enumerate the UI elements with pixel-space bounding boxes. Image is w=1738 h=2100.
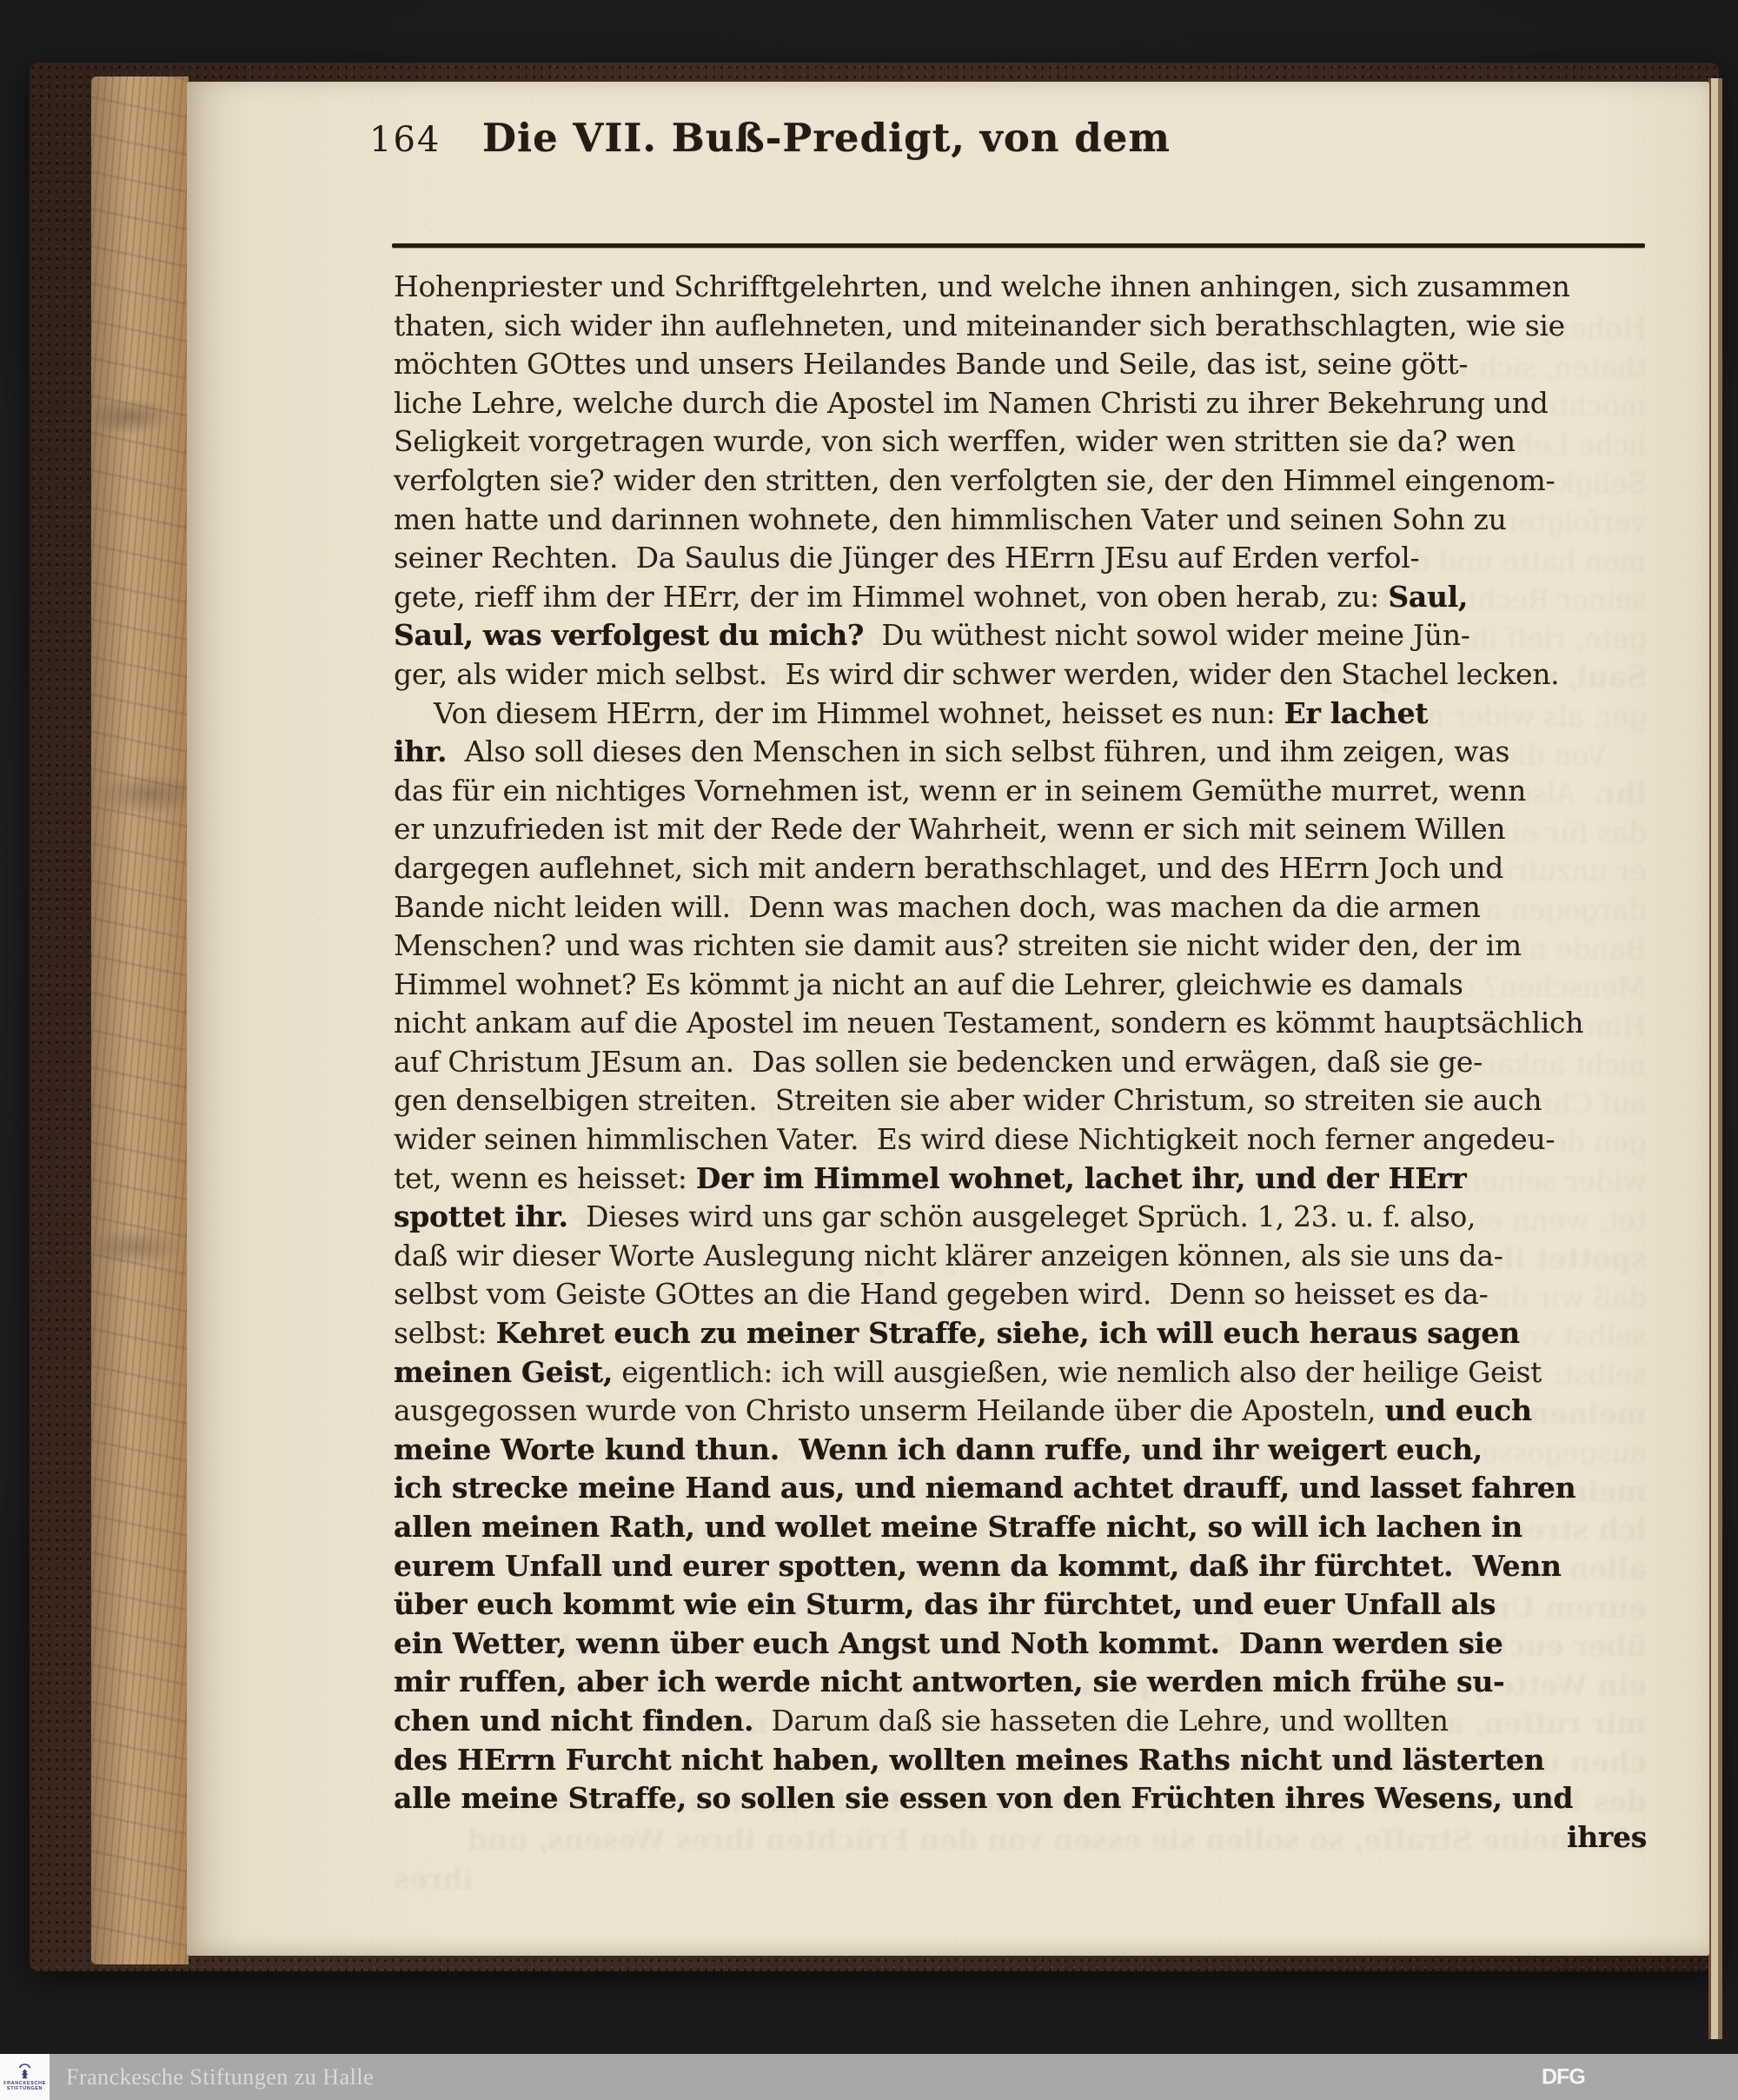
text-line: wider seinen himmlischen Vater. Es wird … — [394, 1120, 1647, 1160]
header-rule — [392, 243, 1645, 248]
text-line: selbst: Kehret euch zu meiner Straffe, s… — [394, 1314, 1647, 1353]
text-line: ger, als wider mich selbst. Es wird dir … — [394, 655, 1647, 694]
text-line: möchten GOttes und unsers Heilandes Band… — [394, 345, 1647, 384]
text-line: des HErrn Furcht nicht haben, wollten me… — [394, 1741, 1647, 1780]
page-number: 164 — [369, 120, 441, 160]
text-line: Himmel wohnet? Es kömmt ja nicht an auf … — [394, 966, 1647, 1005]
text-line: gen denselbigen streiten. Streiten sie a… — [394, 1081, 1647, 1120]
text-line: das für ein nichtiges Vornehmen ist, wen… — [394, 772, 1647, 811]
institution-logo-text: FRANCKESCHE STIFTUNGEN — [3, 2081, 46, 2091]
text-line: men hatte und darinnen wohnete, den himm… — [394, 501, 1647, 540]
text-line: Menschen? und was richten sie damit aus?… — [394, 927, 1647, 966]
text-line: spottet ihr. Dieses wird uns gar schön a… — [394, 1198, 1647, 1237]
text-line: Hohenpriester und Schrifftgelehrten, und… — [394, 268, 1647, 307]
viewer-footer-bar: FRANCKESCHE STIFTUNGEN Franckesche Stift… — [0, 2054, 1738, 2100]
text-line: auf Christum JEsum an. Das sollen sie be… — [394, 1043, 1647, 1082]
text-line: chen und nicht finden. Darum daß sie has… — [394, 1702, 1647, 1741]
text-line: selbst vom Geiste GOttes an die Hand geg… — [394, 1275, 1647, 1314]
text-line: Von diesem HErrn, der im Himmel wohnet, … — [394, 694, 1647, 734]
text-line: daß wir dieser Worte Auslegung nicht klä… — [394, 1237, 1647, 1276]
text-line: liche Lehre, welche durch die Apostel im… — [394, 384, 1647, 423]
book-page: 164 Die VII. Buß-Predigt, von dem Hohenp… — [187, 82, 1709, 1956]
text-line: Saul, was verfolgest du mich? Du wüthest… — [394, 616, 1647, 655]
text-line: ich strecke meine Hand aus, und niemand … — [394, 1469, 1647, 1508]
body-lines: Hohenpriester und Schrifftgelehrten, und… — [394, 268, 1647, 1857]
institution-logo-text-line2: STIFTUNGEN — [7, 2086, 43, 2091]
dfg-logo: DFG — [1542, 2064, 1585, 2090]
franckesche-eagle-icon — [17, 2063, 32, 2080]
text-line: meine Worte kund thun. Wenn ich dann ruf… — [394, 1431, 1647, 1470]
text-line: Seligkeit vorgetragen wurde, von sich we… — [394, 422, 1647, 462]
text-line: ihres — [394, 1860, 1647, 1899]
page-fore-edge — [91, 76, 189, 1964]
back-cover-edge — [1708, 78, 1722, 2039]
text-line: über euch kommt wie ein Sturm, das ihr f… — [394, 1585, 1647, 1625]
text-line: Bande nicht leiden will. Denn was machen… — [394, 888, 1647, 927]
text-line: thaten, sich wider ihn auflehneten, und … — [394, 307, 1647, 346]
running-title: Die VII. Buß-Predigt, von dem — [482, 115, 1171, 161]
text-line: dargegen auflehnet, sich mit andern bera… — [394, 849, 1647, 888]
text-line: verfolgten sie? wider den stritten, den … — [394, 462, 1647, 501]
text-line: ein Wetter, wenn über euch Angst und Not… — [394, 1625, 1647, 1664]
text-line: eurem Unfall und eurer spotten, wenn da … — [394, 1547, 1647, 1586]
text-line: alle meine Straffe, so sollen sie essen … — [394, 1779, 1647, 1818]
page-header: 164 Die VII. Buß-Predigt, von dem — [187, 115, 1709, 167]
text-line: ausgegossen wurde von Christo unserm Hei… — [394, 1392, 1647, 1431]
text-line: ihres — [394, 1818, 1647, 1857]
text-line: nicht ankam auf die Apostel im neuen Tes… — [394, 1004, 1647, 1043]
text-line: mir ruffen, aber ich werde nicht antwort… — [394, 1663, 1647, 1702]
institution-name: Franckesche Stiftungen zu Halle — [66, 2064, 374, 2090]
text-line: tet, wenn es heisset: Der im Himmel wohn… — [394, 1160, 1647, 1199]
text-line: meinen Geist, eigentlich: ich will ausgi… — [394, 1353, 1647, 1392]
institution-logo: FRANCKESCHE STIFTUNGEN — [0, 2054, 50, 2100]
text-line: gete, rieff ihm der HErr, der im Himmel … — [394, 578, 1647, 617]
text-line: er unzufrieden ist mit der Rede der Wahr… — [394, 810, 1647, 849]
text-line: seiner Rechten. Da Saulus die Jünger des… — [394, 539, 1647, 578]
text-line: allen meinen Rath, und wollet meine Stra… — [394, 1508, 1647, 1547]
text-line: ihr. Also soll dieses den Menschen in si… — [394, 733, 1647, 772]
scan-viewport: 164 Die VII. Buß-Predigt, von dem Hohenp… — [0, 0, 1738, 2100]
